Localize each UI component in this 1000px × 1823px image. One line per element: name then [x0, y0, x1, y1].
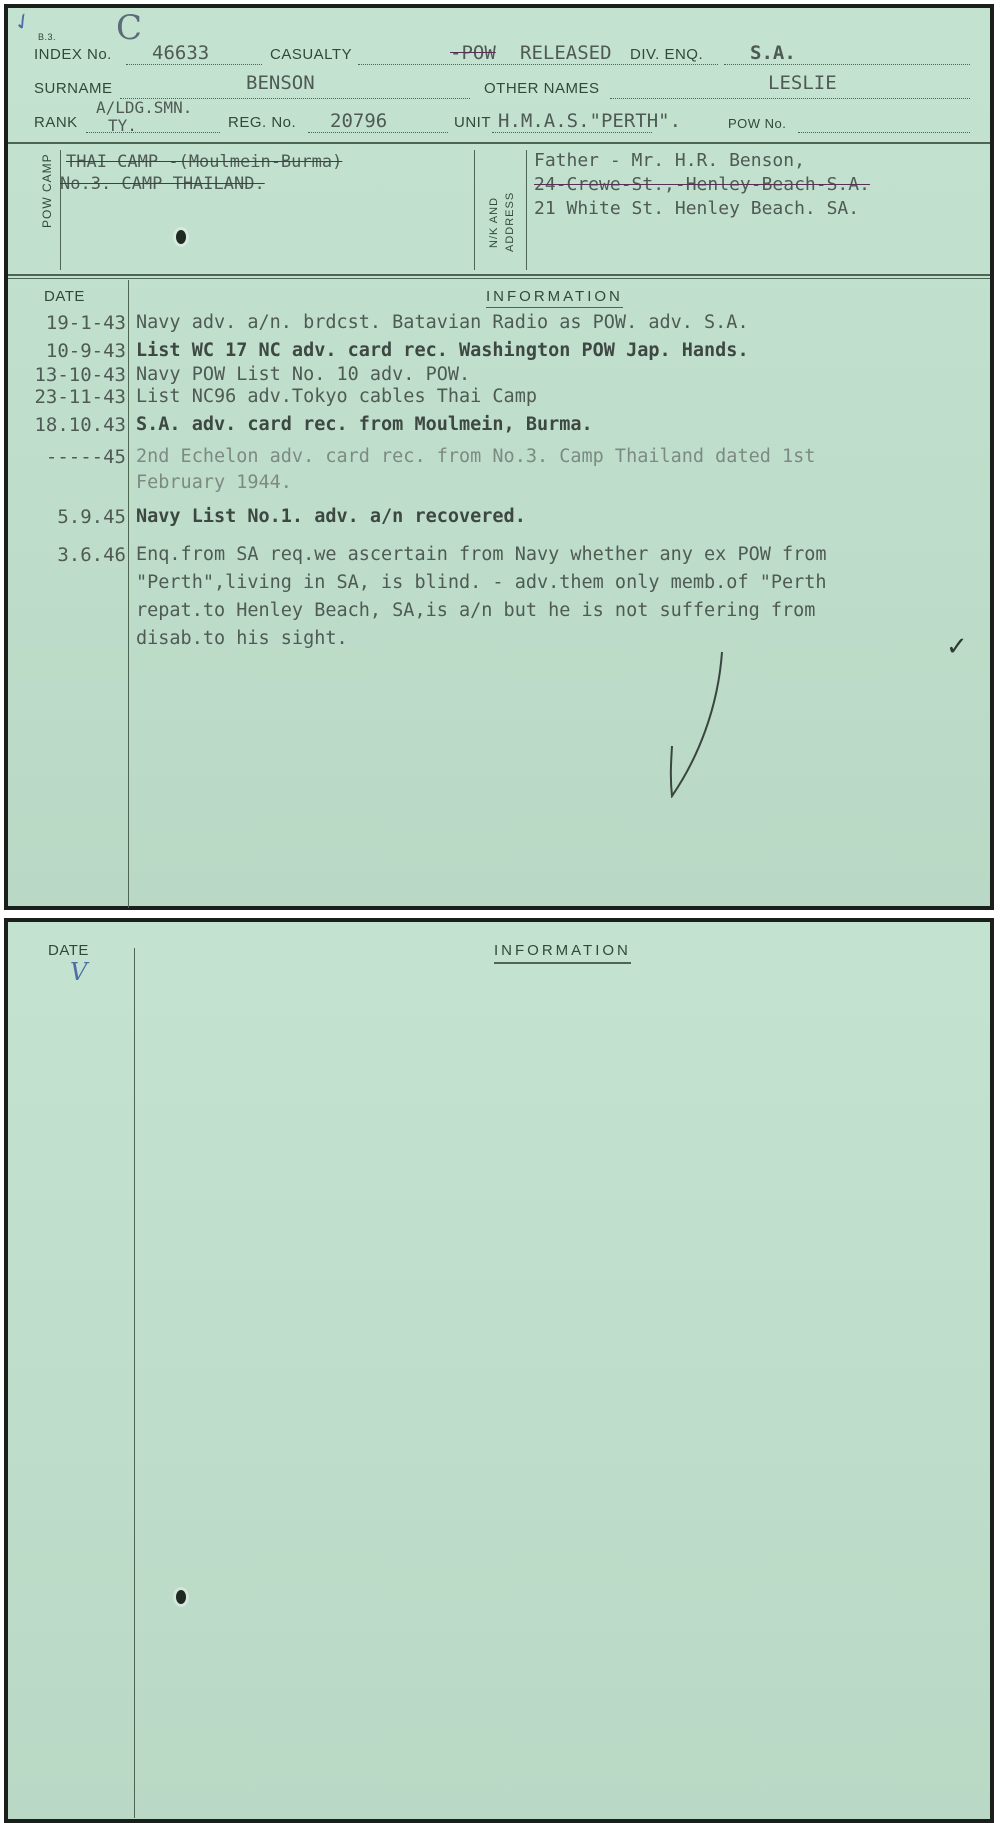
entry-date: 18.10.43 [8, 414, 126, 436]
handwritten-tick: V [70, 958, 87, 986]
entry-date: 10-9-43 [8, 340, 126, 362]
entry-information-line: February 1944. [136, 472, 292, 493]
date-column-header: DATE [48, 942, 89, 959]
index-card-back: DATE V INFORMATION [4, 918, 994, 1823]
entry-date: -----45 [8, 446, 126, 468]
entry-date: 23-11-43 [8, 386, 126, 408]
entry-date: 5.9.45 [8, 506, 126, 528]
pen-stroke [658, 648, 728, 798]
punch-hole [176, 1590, 186, 1604]
tick-mark: ✓ [946, 632, 968, 662]
entry-information-line: disab.to his sight. [136, 628, 348, 649]
entry-information-line: S.A. adv. card rec. from Moulmein, Burma… [136, 414, 593, 435]
entry-information-line: repat.to Henley Beach, SA,is a/n but he … [136, 600, 815, 621]
entry-information-line: Navy adv. a/n. brdcst. Batavian Radio as… [136, 312, 749, 333]
entry-information-line: "Perth",living in SA, is blind. - adv.th… [136, 572, 827, 593]
entry-information-line: Enq.from SA req.we ascertain from Navy w… [136, 544, 827, 565]
entry-date: 3.6.46 [8, 544, 126, 566]
entry-date: 19-1-43 [8, 312, 126, 334]
index-card-front: ✓ B.3. C INDEX No. 46633 CASUALTY -POW R… [4, 4, 994, 910]
entry-information-line: List NC96 adv.Tokyo cables Thai Camp [136, 386, 537, 407]
information-entries: 19-1-43Navy adv. a/n. brdcst. Batavian R… [8, 8, 990, 908]
entry-information-line: 2nd Echelon adv. card rec. from No.3. Ca… [136, 446, 815, 467]
entry-information-line: Navy POW List No. 10 adv. POW. [136, 364, 470, 385]
entry-information-line: Navy List No.1. adv. a/n recovered. [136, 506, 526, 527]
entry-information-line: List WC 17 NC adv. card rec. Washington … [136, 340, 749, 361]
entry-date: 13-10-43 [8, 364, 126, 386]
information-column-header: INFORMATION [494, 942, 631, 964]
